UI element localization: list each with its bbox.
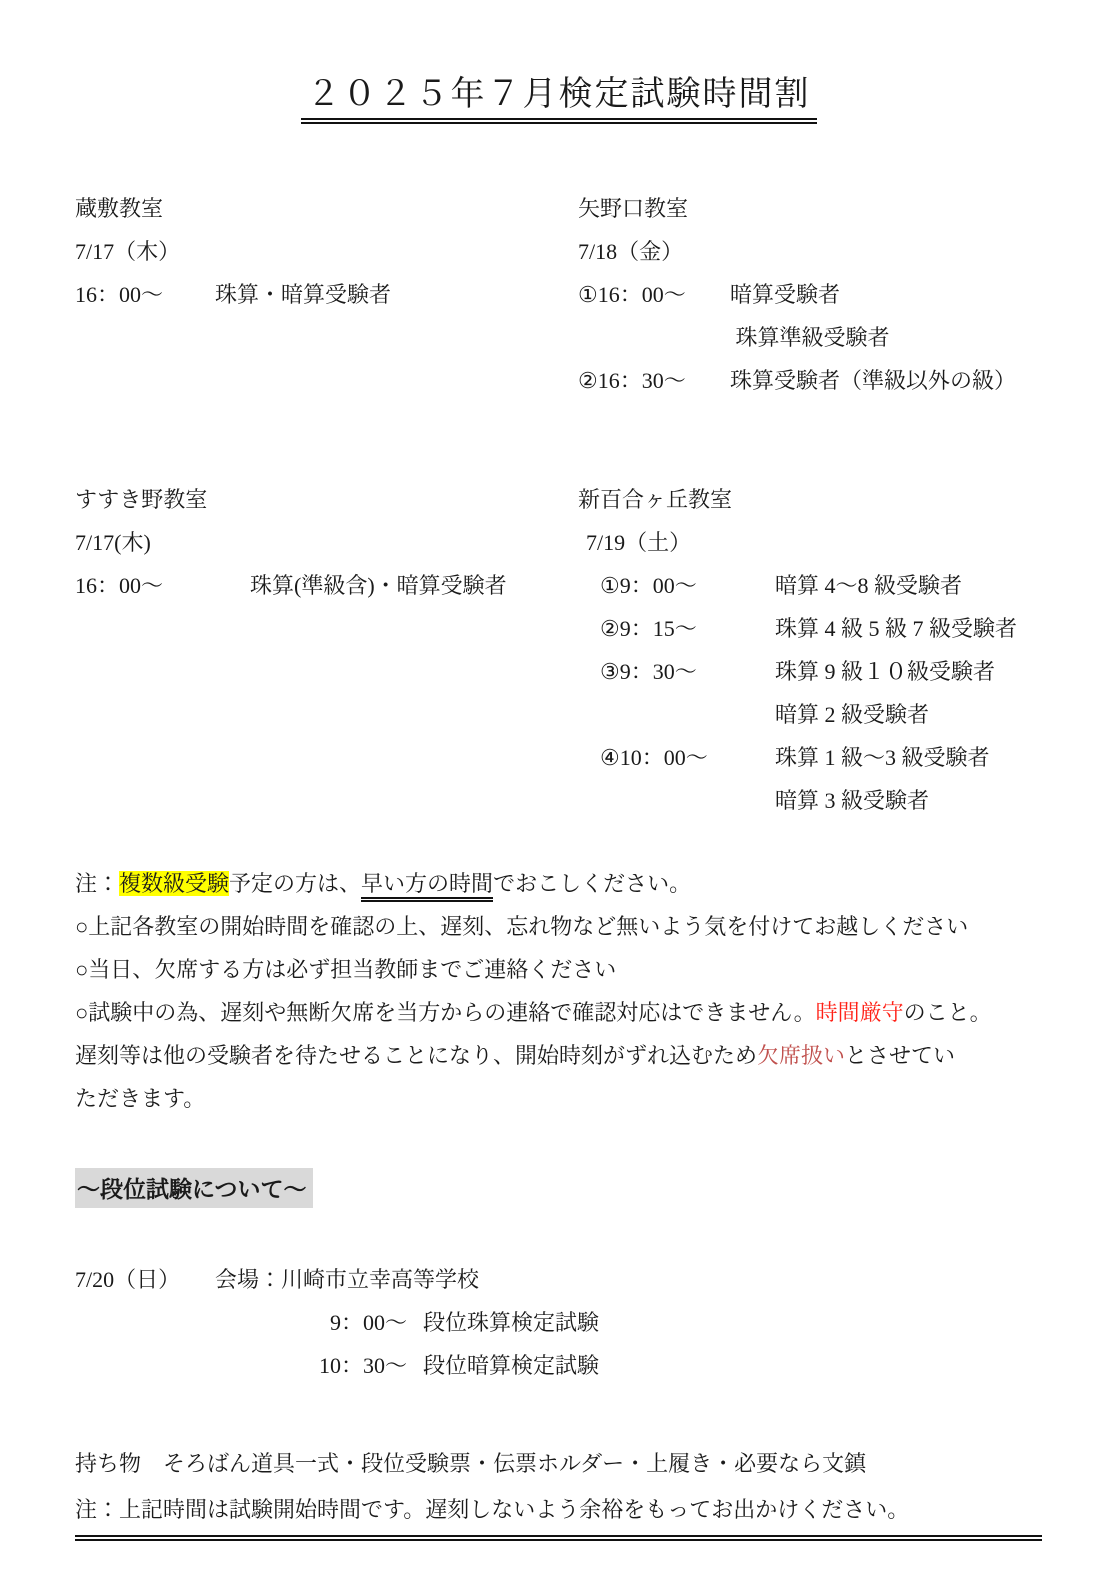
note-lateness-suffix: とさせてい (845, 1043, 955, 1068)
dan-session-row: 10：30～ 段位暗算検定試験 (75, 1344, 1042, 1387)
classroom-block-shinyurigaoka: 新百合ヶ丘教室 7/19（土） ①9：00～ 暗算 4～8 級受験者 ②9：15… (578, 478, 1042, 822)
session-group: 暗算受験者 (730, 273, 840, 316)
note-suffix: でおこしください。 (493, 871, 691, 896)
dan-section-heading: ～段位試験について～ (75, 1168, 1042, 1208)
session-group: 珠算 1 級～3 級受験者 (775, 736, 990, 779)
note-punctuality-red-text: 時間厳守 (816, 1000, 904, 1025)
note-prefix: 注： (75, 871, 119, 896)
note-lateness-continued: ただきます。 (75, 1077, 1042, 1120)
dan-date-row: 7/20（日） 会場：川崎市立幸高等学校 (75, 1258, 1042, 1301)
note-highlighted-text: 複数級受験 (119, 871, 229, 896)
dan-session-row: 9：00～ 段位珠算検定試験 (75, 1301, 1042, 1344)
session-time: 16：00～ (75, 273, 215, 316)
note-lateness: 遅刻等は他の受験者を待たせることになり、開始時刻がずれ込むため欠席扱いとさせてい (75, 1034, 1042, 1077)
dan-section-heading-text: ～段位試験について～ (75, 1168, 313, 1208)
session-row: 16：00～ 珠算・暗算受験者 (75, 273, 578, 316)
session-time: ①16：00～ (578, 273, 730, 316)
session-row: 暗算 3 級受験者 (578, 779, 1042, 822)
document-page: ２０２５年７月検定試験時間割 蔵敷教室 7/17（木） 16：00～ 珠算・暗算… (0, 0, 1112, 1580)
session-row: 珠算準級受験者 (578, 316, 1042, 359)
notes-section: 注：複数級受験予定の方は、早い方の時間でおこしください。 ○上記各教室の開始時間… (75, 862, 1042, 1120)
session-row: ③9：30～ 珠算 9 級１０級受験者 (578, 650, 1042, 693)
final-note-line: 注：上記時間は試験開始時間です。遅刻しないよう余裕をもってお出かけください。 (75, 1487, 1042, 1541)
classroom-block-susukino: すすき野教室 7/17(木) 16：00～ 珠算(準級含)・暗算受験者 (75, 478, 578, 822)
session-time: ③9：30～ (600, 650, 775, 693)
classroom-date: 7/18（金） (578, 230, 1042, 273)
session-time: 16：00～ (75, 564, 250, 607)
classroom-name: 新百合ヶ丘教室 (578, 478, 1042, 521)
classroom-date: 7/17（木） (75, 230, 578, 273)
dan-session-name: 段位珠算検定試験 (423, 1301, 599, 1344)
classroom-name: 矢野口教室 (578, 187, 1042, 230)
session-row: 暗算 2 級受験者 (578, 693, 1042, 736)
classroom-date: 7/19（土） (578, 521, 1042, 564)
page-title: ２０２５年７月検定試験時間割 (75, 66, 1042, 115)
session-group: 暗算 3 級受験者 (775, 779, 929, 822)
session-time: ①9：00～ (600, 564, 775, 607)
note-mid: 予定の方は、 (229, 871, 361, 896)
classroom-name: 蔵敷教室 (75, 187, 578, 230)
session-row: ①9：00～ 暗算 4～8 級受験者 (578, 564, 1042, 607)
session-group: 珠算準級受験者 (730, 316, 890, 359)
dan-session-name: 段位暗算検定試験 (423, 1344, 599, 1387)
session-time (578, 316, 730, 359)
note-multiple-levels: 注：複数級受験予定の方は、早い方の時間でおこしください。 (75, 862, 1042, 905)
session-row: ②9：15～ 珠算 4 級 5 級 7 級受験者 (578, 607, 1042, 650)
session-group: 珠算(準級含)・暗算受験者 (250, 564, 507, 607)
classroom-block-yanokuchi: 矢野口教室 7/18（金） ①16：00～ 暗算受験者 珠算準級受験者 ②16：… (578, 187, 1042, 402)
session-row: ④10：00～ 珠算 1 級～3 級受験者 (578, 736, 1042, 779)
classroom-block-kurashiki: 蔵敷教室 7/17（木） 16：00～ 珠算・暗算受験者 (75, 187, 578, 402)
dan-exam-block: 7/20（日） 会場：川崎市立幸高等学校 9：00～ 段位珠算検定試験 10：3… (75, 1258, 1042, 1387)
session-time (600, 779, 775, 822)
note-absence-contact: ○当日、欠席する方は必ず担当教師までご連絡ください (75, 948, 1042, 991)
session-row: ①16：00～ 暗算受験者 (578, 273, 1042, 316)
session-time: ④10：00～ (600, 736, 775, 779)
dan-session-time: 10：30～ (280, 1344, 407, 1387)
dan-date: 7/20（日） (75, 1258, 215, 1301)
classroom-schedule-grid: 蔵敷教室 7/17（木） 16：00～ 珠算・暗算受験者 矢野口教室 7/18（… (75, 187, 1042, 822)
session-group: 暗算 4～8 級受験者 (775, 564, 962, 607)
dan-venue: 会場：川崎市立幸高等学校 (215, 1258, 479, 1301)
classroom-date: 7/17(木) (75, 521, 578, 564)
session-time (600, 693, 775, 736)
session-group: 珠算 9 級１０級受験者 (775, 650, 995, 693)
dan-session-time: 9：00～ (280, 1301, 407, 1344)
session-row: 16：00～ 珠算(準級含)・暗算受験者 (75, 564, 578, 607)
session-group: 暗算 2 級受験者 (775, 693, 929, 736)
note-lateness-prefix: 遅刻等は他の受験者を待たせることになり、開始時刻がずれ込むため (75, 1043, 757, 1068)
session-group: 珠算受験者（準級以外の級） (730, 359, 1016, 402)
page-title-text: ２０２５年７月検定試験時間割 (301, 76, 817, 124)
session-time: ②9：15～ (600, 607, 775, 650)
note-lateness-red-text: 欠席扱い (757, 1043, 845, 1068)
note-punctuality-suffix: のこと。 (904, 1000, 992, 1025)
note-punctuality: ○試験中の為、遅刻や無断欠席を当方からの連絡で確認対応はできません。時間厳守のこ… (75, 991, 1042, 1034)
classroom-name: すすき野教室 (75, 478, 578, 521)
bottom-section: 持ち物 そろばん道具一式・段位受験票・伝票ホルダー・上履き・必要なら文鎮 注：上… (75, 1441, 1042, 1541)
note-punctuality-prefix: ○試験中の為、遅刻や無断欠席を当方からの連絡で確認対応はできません。 (75, 1000, 816, 1025)
session-time: ②16：30～ (578, 359, 730, 402)
note-underlined-text: 早い方の時間 (361, 871, 493, 902)
session-group: 珠算・暗算受験者 (215, 273, 391, 316)
note-arrive-on-time: ○上記各教室の開始時間を確認の上、遅刻、忘れ物など無いよう気を付けてお越しくださ… (75, 905, 1042, 948)
session-group: 珠算 4 級 5 級 7 級受験者 (775, 607, 1017, 650)
belongings-line: 持ち物 そろばん道具一式・段位受験票・伝票ホルダー・上履き・必要なら文鎮 (75, 1441, 1042, 1487)
session-row: ②16：30～ 珠算受験者（準級以外の級） (578, 359, 1042, 402)
